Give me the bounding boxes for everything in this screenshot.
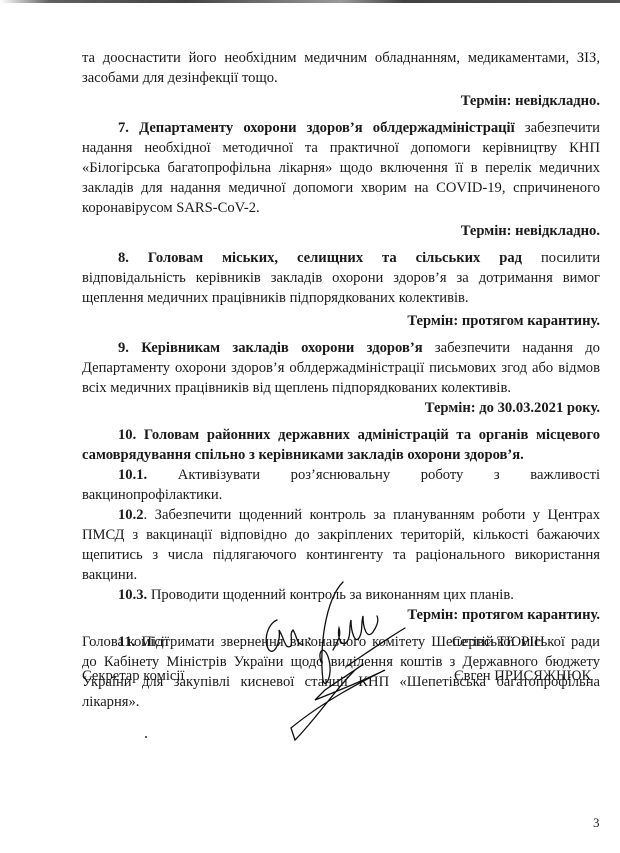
- item-10: 10. Головам районних державних адміністр…: [82, 425, 600, 465]
- page-number: 3: [593, 815, 600, 831]
- item-9-addressee: 9. Керівникам закладів охорони здоров’я: [118, 340, 423, 356]
- item-7: 7. Департаменту охорони здоров’я облдерж…: [82, 118, 600, 218]
- item-9: 9. Керівникам закладів охорони здоров’я …: [82, 338, 600, 398]
- item-10-1: 10.1. Активізувати роз’яснювальну роботу…: [82, 465, 600, 505]
- scan-speck: [145, 736, 147, 738]
- secretary-title: Секретар комісії: [82, 668, 184, 685]
- term-line: Термін: невідкладно.: [82, 91, 600, 111]
- item-7-addressee: 7. Департаменту охорони здоров’я облдерж…: [118, 120, 515, 136]
- item-10-2-text: . Забезпечити щоденний контроль за плану…: [82, 507, 600, 583]
- item-10-2-number: 10.2: [118, 507, 144, 523]
- item-8-addressee: 8. Головам міських, селищних та сільськи…: [118, 250, 522, 266]
- item-8-term: Термін: протягом карантину.: [82, 311, 600, 331]
- item-10-1-text: Активізувати роз’яснювальну роботу з важ…: [82, 467, 600, 503]
- item-10-3-number: 10.3.: [118, 587, 147, 603]
- item-8: 8. Головам міських, селищних та сільськи…: [82, 248, 600, 308]
- item-10-heading: 10. Головам районних державних адміністр…: [82, 427, 600, 463]
- continuation-paragraph: та дооснастити його необхідним медичним …: [82, 48, 600, 88]
- scan-edge-line: [0, 0, 620, 3]
- item-10-2: 10.2. Забезпечити щоденний контроль за п…: [82, 505, 600, 585]
- item-9-term: Термін: до 30.03.2021 року.: [82, 398, 600, 418]
- item-10-1-number: 10.1.: [118, 467, 147, 483]
- chair-title: Голова комісії: [82, 634, 169, 651]
- item-7-term: Термін: невідкладно.: [82, 221, 600, 241]
- secretary-name: Євген ПРИСЯЖНЮК: [454, 668, 591, 685]
- chair-name: Сергій ТЮРІН: [452, 634, 545, 651]
- handwritten-signature: [255, 580, 415, 760]
